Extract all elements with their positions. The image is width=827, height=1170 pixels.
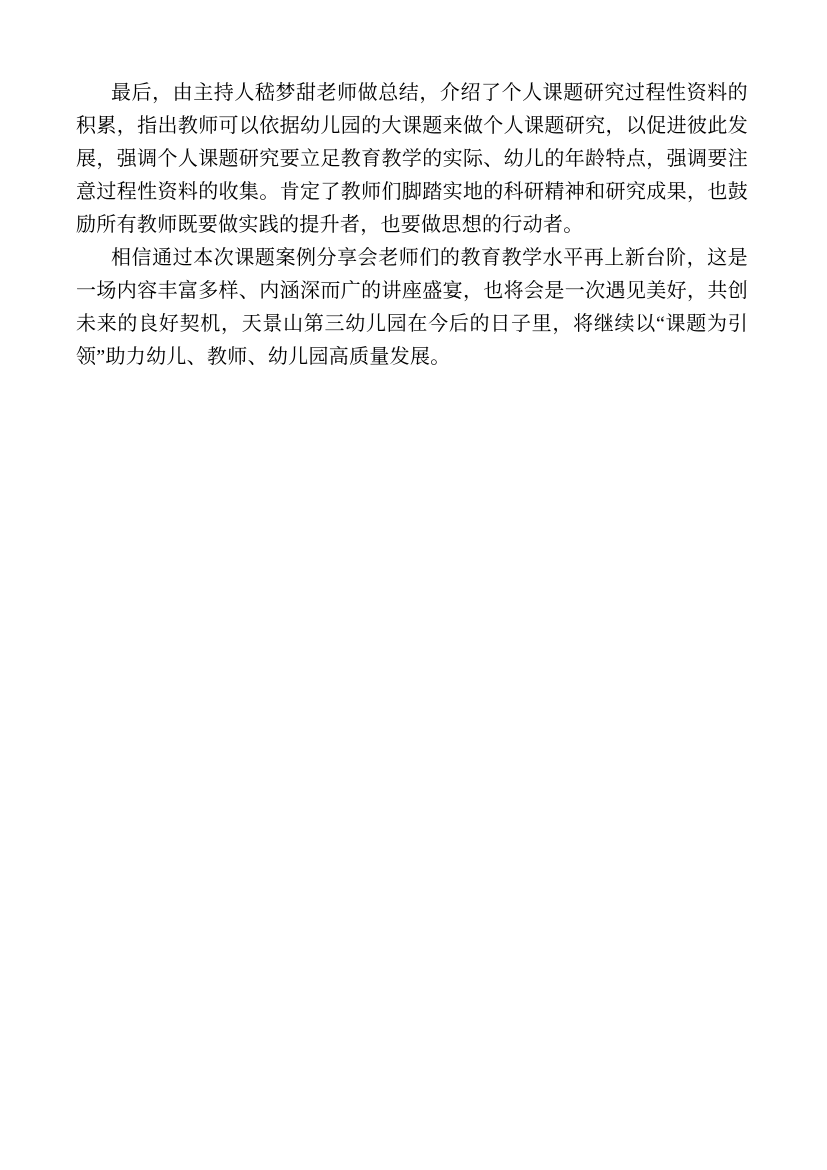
- paragraph-summary: 最后，由主持人嵇梦甜老师做总结，介绍了个人课题研究过程性资料的积累，指出教师可以…: [76, 77, 748, 242]
- paragraph-closing: 相信通过本次课题案例分享会老师们的教育教学水平再上新台阶，这是一场内容丰富多样、…: [76, 242, 748, 374]
- document-page: 最后，由主持人嵇梦甜老师做总结，介绍了个人课题研究过程性资料的积累，指出教师可以…: [0, 0, 827, 1170]
- page-content: 最后，由主持人嵇梦甜老师做总结，介绍了个人课题研究过程性资料的积累，指出教师可以…: [0, 0, 827, 374]
